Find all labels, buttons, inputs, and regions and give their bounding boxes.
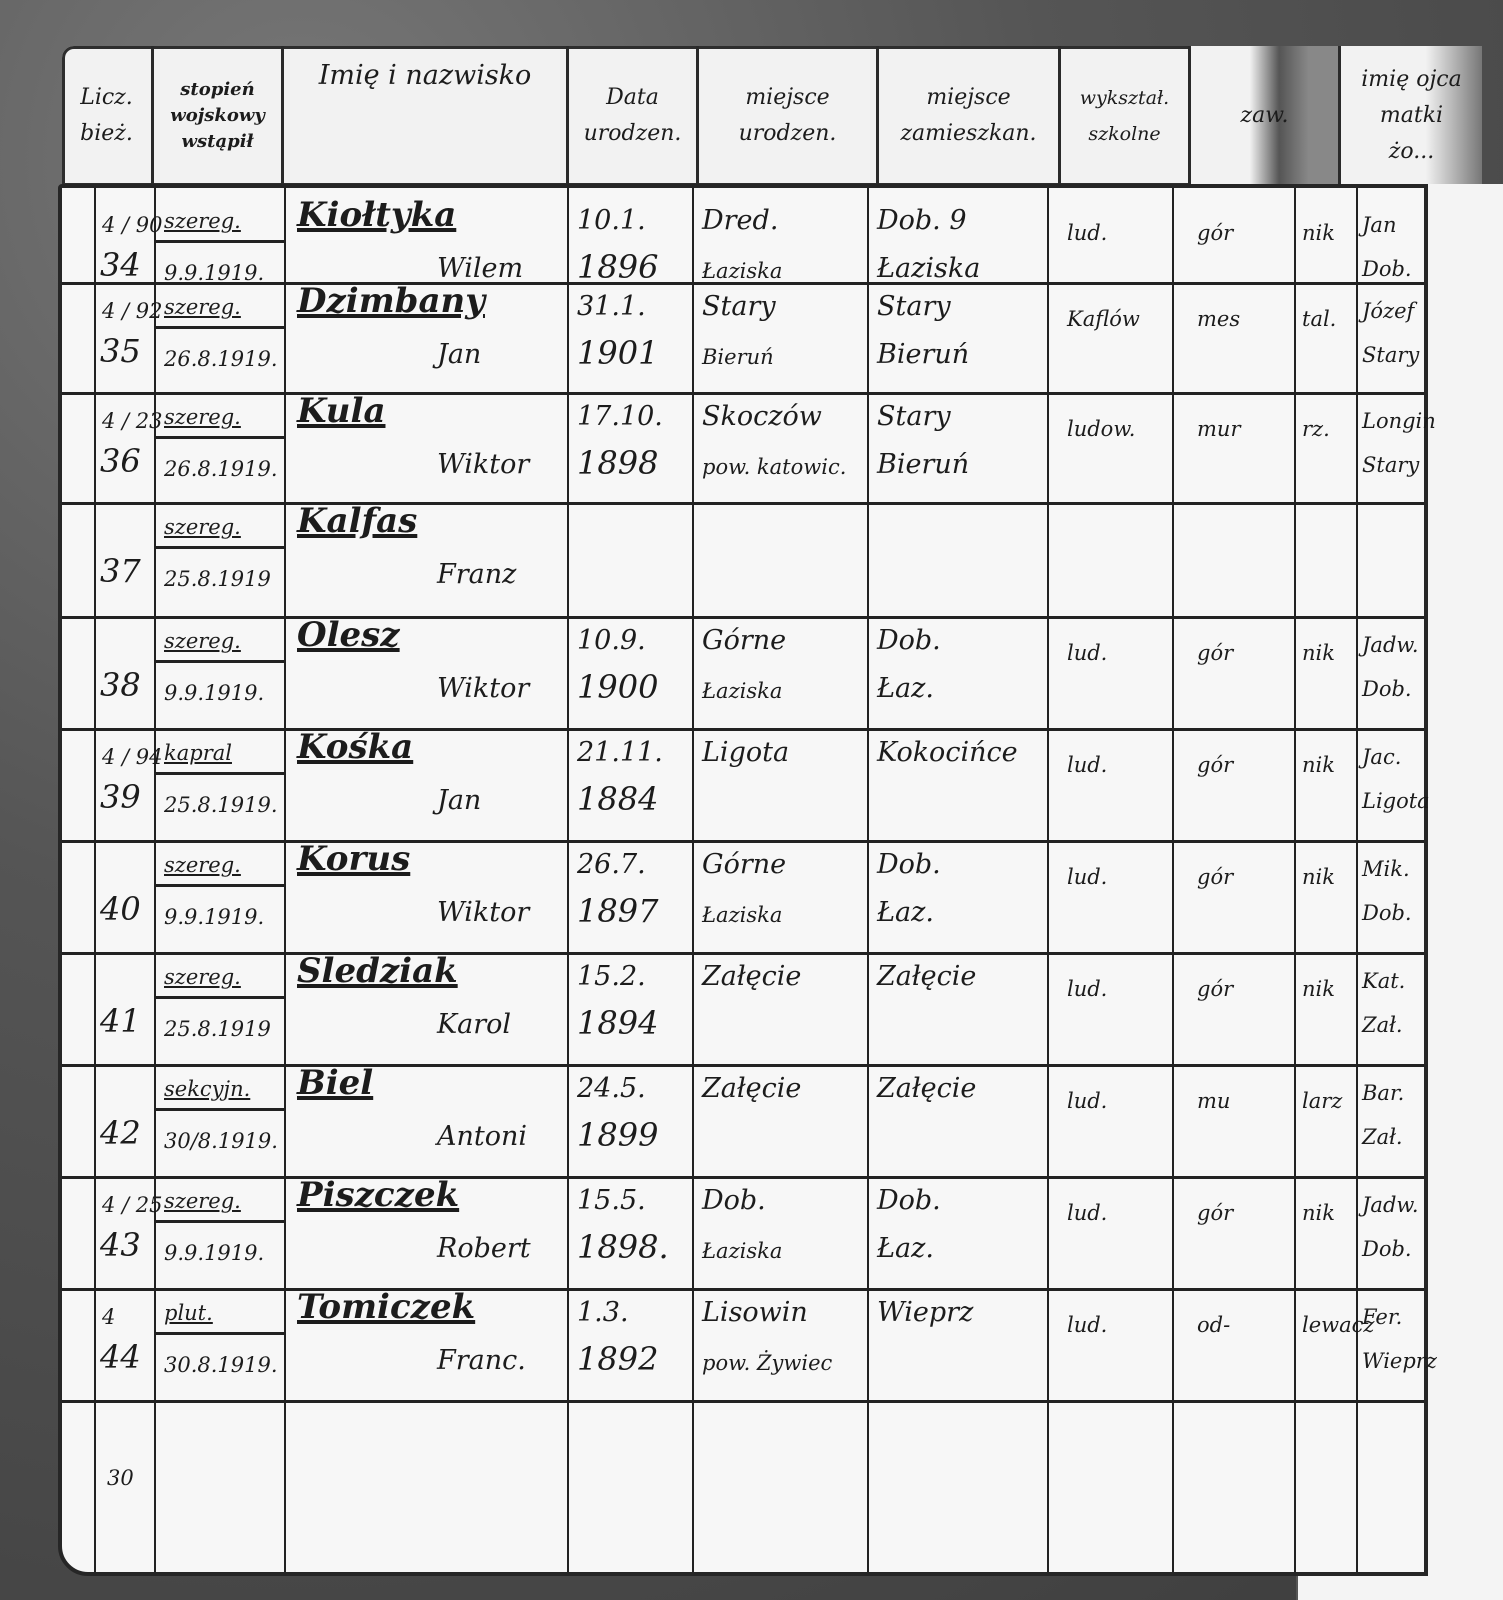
header-number: Licz. bież. [62,46,154,186]
row-parents-2: Dob. [1362,898,1412,928]
rank-divider [154,884,284,887]
row-birth-year: 1892 [577,1344,658,1374]
row-birth-place-2: Łaziska [702,1236,782,1266]
row-occupation-2: nik [1302,218,1335,248]
row-birth-date: 10.1. [577,206,646,236]
table-row: 38 szereg. 9.9.1919. Olesz Wiktor 10.9. … [62,616,1424,731]
row-occupation-2: nik [1302,974,1335,1004]
header-number-line1: Licz. [80,80,133,116]
row-parents-1: Jac. [1362,742,1401,772]
row-parents-1: Kat. [1362,966,1405,996]
row-surname: Dzimbany [297,286,485,316]
row-alt-number: 4 / 94 [102,742,163,772]
row-residence-2: Łaz. [877,674,934,704]
row-enlisted-date: 9.9.1919. [164,902,264,932]
row-parents-1: Jadw. [1362,1190,1419,1220]
row-residence-1: Dob. [877,1186,941,1216]
row-birth-year: 1894 [577,1008,658,1038]
row-rank: szereg. [164,292,241,322]
row-birth-place-1: Górne [702,626,786,656]
row-number: 44 [100,1342,141,1372]
row-rank: plut. [164,1298,213,1328]
row-birth-place-2: pow. katowic. [702,452,846,482]
row-birth-place-1: Załęcie [702,1074,801,1104]
row-surname: Kula [297,396,385,426]
row-birth-date: 26.7. [577,850,646,880]
row-enlisted-date: 9.9.1919. [164,678,264,708]
row-occupation-1: gór [1197,218,1233,248]
row-surname: Biel [297,1068,373,1098]
row-alt-number: 4 / 25 [102,1190,163,1220]
rank-divider [154,240,284,243]
row-birth-date: 15.2. [577,962,646,992]
row-education: lud. [1067,750,1107,780]
row-number: 41 [100,1006,141,1036]
header-birth-date-line2: urodzen. [584,116,682,152]
register-sheet: 4 / 90 34 szereg. 9.9.1919. Kiołtyka Wil… [58,184,1428,1576]
row-number: 38 [100,670,141,700]
header-birth-date: Data urodzen. [569,46,699,186]
row-residence-1: Dob. 9 [877,206,967,236]
row-enlisted-date: 9.9.1919. [164,1238,264,1268]
header-education-line1: wykształ. [1080,80,1169,116]
row-education: lud. [1067,218,1107,248]
row-rank: szereg. [164,962,241,992]
row-given-name: Antoni [437,1122,527,1152]
row-residence-2: Łaziska [877,254,980,284]
row-birth-year: 1896 [577,252,658,282]
row-given-name: Karol [437,1010,511,1040]
header-education-line2: szkolne [1088,116,1160,152]
row-residence-1: Stary [877,402,951,432]
row-number: 40 [100,894,141,924]
row-occupation-1: gór [1197,750,1233,780]
row-parents-1: Jan [1362,210,1396,240]
row-parents-2: Dob. [1362,674,1412,704]
row-parents-2: Dob. [1362,254,1412,284]
row-birth-place-1: Załęcie [702,962,801,992]
row-residence-2: Łaz. [877,1234,934,1264]
row-birth-place-1: Lisowin [702,1298,808,1328]
row-parents-1: Longin [1362,406,1436,436]
row-occupation-1: gór [1197,862,1233,892]
row-residence-2: Bieruń [877,450,969,480]
rank-divider [154,546,284,549]
table-row: 4 / 90 34 szereg. 9.9.1919. Kiołtyka Wil… [62,196,1424,285]
row-birth-date: 1.3. [577,1298,629,1328]
row-birth-place-1: Skoczów [702,402,822,432]
row-birth-date: 10.9. [577,626,646,656]
row-occupation-1: od- [1197,1310,1230,1340]
row-occupation-2: tal. [1302,304,1336,334]
row-occupation-2: nik [1302,1198,1335,1228]
row-birth-place-2: Łaziska [702,676,782,706]
footer-mark: 30 [107,1463,134,1493]
row-occupation-1: mes [1197,304,1240,334]
row-rank: kapral [164,738,232,768]
row-birth-place-2: Bieruń [702,342,774,372]
row-birth-place-1: Dred. [702,206,778,236]
row-birth-place-2: pow. Żywiec [702,1348,832,1378]
row-education: lud. [1067,1310,1107,1340]
header-name: Imię i nazwisko [284,46,569,186]
row-number: 39 [100,782,141,812]
row-number: 35 [100,336,141,366]
header-birth-place-line2: urodzen. [739,116,837,152]
row-given-name: Franc. [437,1346,526,1376]
row-birth-year: 1900 [577,672,658,702]
row-enlisted-date: 25.8.1919 [164,1014,271,1044]
row-education: lud. [1067,1198,1107,1228]
header-occupation: zaw. [1191,46,1341,186]
row-birth-place-1: Dob. [702,1186,766,1216]
header-residence-line1: miejsce [926,80,1010,116]
row-number: 36 [100,446,141,476]
row-rank: szereg. [164,850,241,880]
row-alt-number: 4 / 23 [102,406,163,436]
row-parents-2: Zał. [1362,1010,1403,1040]
row-enlisted-date: 30.8.1919. [164,1350,278,1380]
row-occupation-1: gór [1197,1198,1233,1228]
row-alt-number: 4 / 92 [102,296,163,326]
row-education: lud. [1067,862,1107,892]
rank-divider [154,436,284,439]
row-given-name: Wiktor [437,450,529,480]
row-residence-1: Dob. [877,850,941,880]
row-parents-1: Mik. [1362,854,1410,884]
row-rank: szereg. [164,402,241,432]
row-parents-1: Fer. [1362,1302,1402,1332]
row-surname: Kalfas [297,506,417,536]
table-row: 4 / 25 43 szereg. 9.9.1919. Piszczek Rob… [62,1176,1424,1291]
row-occupation-2: larz [1302,1086,1342,1116]
row-birth-place-1: Stary [702,292,776,322]
row-education: ludow. [1067,414,1136,444]
row-parents-2: Stary [1362,340,1419,370]
header-occupation-label: zaw. [1241,98,1289,134]
row-parents-2: Ligota [1362,786,1430,816]
row-surname: Tomiczek [297,1292,475,1322]
row-parents-1: Bar. [1362,1078,1404,1108]
row-surname: Piszczek [297,1180,459,1210]
row-education: Kaflów [1067,304,1140,334]
table-row: 41 szereg. 25.8.1919 Sledziak Karol 15.2… [62,952,1424,1067]
row-enlisted-date: 25.8.1919. [164,790,278,820]
header-birth-place-line1: miejsce [745,80,829,116]
row-given-name: Jan [437,786,481,816]
row-parents-2: Wieprz [1362,1346,1437,1376]
row-given-name: Jan [437,340,481,370]
row-rank: szereg. [164,206,241,236]
row-birth-place-2: Łaziska [702,900,782,930]
row-rank: szereg. [164,1186,241,1216]
row-given-name: Wiktor [437,898,529,928]
row-occupation-1: mur [1197,414,1240,444]
row-given-name: Robert [437,1234,531,1264]
row-surname: Kośka [297,732,413,762]
row-birth-year: 1898. [577,1232,669,1262]
row-occupation-1: gór [1197,974,1233,1004]
row-surname: Sledziak [297,956,458,986]
row-enlisted-date: 30/8.1919. [164,1126,278,1156]
row-residence-1: Załęcie [877,1074,976,1104]
row-surname: Olesz [297,620,400,650]
rank-divider [154,660,284,663]
row-birth-year: 1884 [577,784,658,814]
row-enlisted-date: 26.8.1919. [164,344,278,374]
row-parents-1: Jadw. [1362,630,1419,660]
row-residence-1: Załęcie [877,962,976,992]
row-alt-number: 4 [102,1302,115,1332]
row-birth-date: 21.11. [577,738,663,768]
row-number: 34 [100,250,141,280]
row-parents-1: Józef [1362,296,1414,326]
row-birth-year: 1899 [577,1120,658,1150]
header-parents: imię ojca matki żo... [1341,46,1482,186]
row-education: lud. [1067,638,1107,668]
table-row: 4 / 92 35 szereg. 26.8.1919. Dzimbany Ja… [62,282,1424,395]
row-rank: sekcyjn. [164,1074,250,1104]
row-given-name: Wiktor [437,674,529,704]
row-residence-2: Łaz. [877,898,934,928]
row-residence-2: Bieruń [877,340,969,370]
header-rank: stopień wojskowy wstąpił [154,46,284,186]
row-parents-2: Stary [1362,450,1419,480]
row-occupation-2: rz. [1302,414,1330,444]
table-row: 4 / 94 39 kapral 25.8.1919. Kośka Jan 21… [62,728,1424,843]
row-birth-year: 1897 [577,896,658,926]
row-residence-1: Dob. [877,626,941,656]
header-rank-label: stopień wojskowy [154,77,281,129]
header-number-line2: bież. [80,116,133,152]
row-enlisted-date: 26.8.1919. [164,454,278,484]
rank-divider [154,326,284,329]
table-header: Licz. bież. stopień wojskowy wstąpił Imi… [62,46,1482,186]
row-surname: Kiołtyka [297,200,456,230]
row-surname: Korus [297,844,410,874]
row-birth-date: 24.5. [577,1074,646,1104]
row-occupation-2: nik [1302,638,1335,668]
row-occupation-2: nik [1302,750,1335,780]
header-education: wykształ. szkolne [1061,46,1191,186]
row-alt-number: 4 / 90 [102,210,163,240]
row-occupation-2: nik [1302,862,1335,892]
row-birth-place-1: Ligota [702,738,789,768]
header-parents-line3: żo... [1389,134,1434,170]
table-row: 4 / 23 36 szereg. 26.8.1919. Kula Wiktor… [62,392,1424,505]
row-residence-1: Wieprz [877,1298,973,1328]
row-birth-date: 17.10. [577,402,663,432]
row-parents-2: Zał. [1362,1122,1403,1152]
header-residence: miejsce zamieszkan. [879,46,1061,186]
header-enlisted-label: wstąpił [182,129,254,155]
row-birth-year: 1898 [577,448,658,478]
table-row: 37 szereg. 25.8.1919 Kalfas Franz [62,502,1424,619]
row-number: 43 [100,1230,141,1260]
row-rank: szereg. [164,626,241,656]
header-parents-line2: matki [1380,98,1443,134]
row-number: 37 [100,556,141,586]
row-education: lud. [1067,974,1107,1004]
row-education: lud. [1067,1086,1107,1116]
header-parents-line1: imię ojca [1361,62,1461,98]
row-number: 42 [100,1118,141,1148]
rank-divider [154,1332,284,1335]
row-birth-date: 15.5. [577,1186,646,1216]
table-row: 42 sekcyjn. 30/8.1919. Biel Antoni 24.5.… [62,1064,1424,1179]
row-residence-1: Stary [877,292,951,322]
row-rank: szereg. [164,512,241,542]
row-residence-1: Kokocińce [877,738,1018,768]
row-occupation-1: gór [1197,638,1233,668]
row-given-name: Franz [437,560,516,590]
row-occupation-1: mu [1197,1086,1230,1116]
rank-divider [154,1108,284,1111]
header-birth-date-line1: Data [606,80,659,116]
row-birth-year: 1901 [577,338,658,368]
row-birth-place-1: Górne [702,850,786,880]
row-parents-2: Dob. [1362,1234,1412,1264]
rank-divider [154,996,284,999]
row-given-name: Wilem [437,254,523,284]
header-name-label: Imię i nazwisko [319,58,532,94]
row-birth-date: 31.1. [577,292,646,322]
table-row: 40 szereg. 9.9.1919. Korus Wiktor 26.7. … [62,840,1424,955]
header-residence-line2: zamieszkan. [900,116,1036,152]
table-row: 4 44 plut. 30.8.1919. Tomiczek Franc. 1.… [62,1288,1424,1403]
row-enlisted-date: 25.8.1919 [164,564,271,594]
rank-divider [154,1220,284,1223]
header-birth-place: miejsce urodzen. [699,46,879,186]
rank-divider [154,772,284,775]
